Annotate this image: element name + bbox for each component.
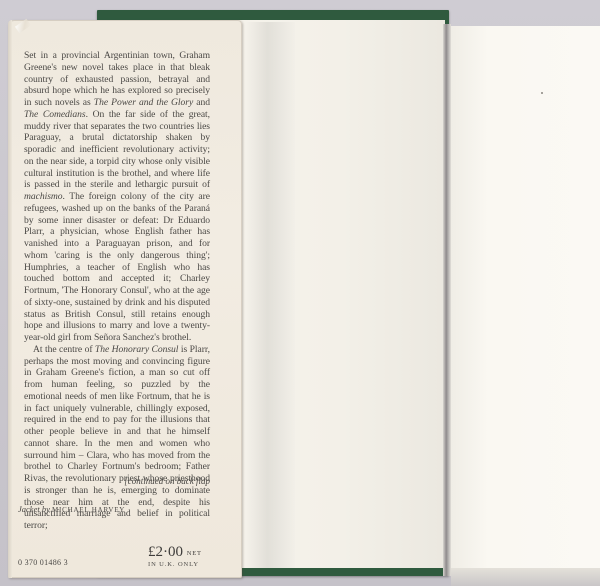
book-title-honorary-consul: The Honorary Consul (95, 344, 179, 355)
isbn-number: 0 370 01486 3 (18, 558, 68, 567)
pastedown-shadow (245, 22, 295, 568)
free-endpaper (451, 26, 600, 586)
jacket-designer-name: Michael Harvey (52, 506, 125, 514)
jacket-credit-prefix: Jacket by (18, 504, 50, 514)
blurb-paragraph-1: Set in a provincial Argentinian town, Gr… (24, 50, 210, 344)
book-title-power-and-glory: The Power and the Glory (94, 97, 193, 108)
book-title-comedians: The Comedians (24, 109, 86, 120)
price-value: £2·00 (148, 544, 183, 560)
jacket-credit: Jacket by Michael Harvey (18, 504, 125, 514)
price: £2·00 net (148, 544, 202, 561)
flap-fold-edge (8, 20, 12, 578)
price-region-note: in U.K. only (148, 561, 199, 568)
hinge-gutter (443, 24, 451, 576)
blurb-text: . On the far side of the great, muddy ri… (24, 109, 210, 191)
blurb-text: and (193, 97, 210, 108)
blurb-text: is Plarr, perhaps the most moving and co… (24, 344, 210, 531)
blurb-text: At the centre of (33, 344, 95, 355)
continued-note: [continued on back flap (120, 476, 210, 486)
paper-speck (541, 92, 543, 94)
price-net-label: net (187, 550, 202, 557)
term-machismo: machismo (24, 191, 63, 202)
book-photo: Set in a provincial Argentinian town, Gr… (0, 0, 600, 586)
blurb-text: . The foreign colony of the city are ref… (24, 191, 210, 343)
flap-blurb: Set in a provincial Argentinian town, Gr… (24, 50, 210, 532)
endpaper-bottom-shadow (451, 568, 600, 586)
